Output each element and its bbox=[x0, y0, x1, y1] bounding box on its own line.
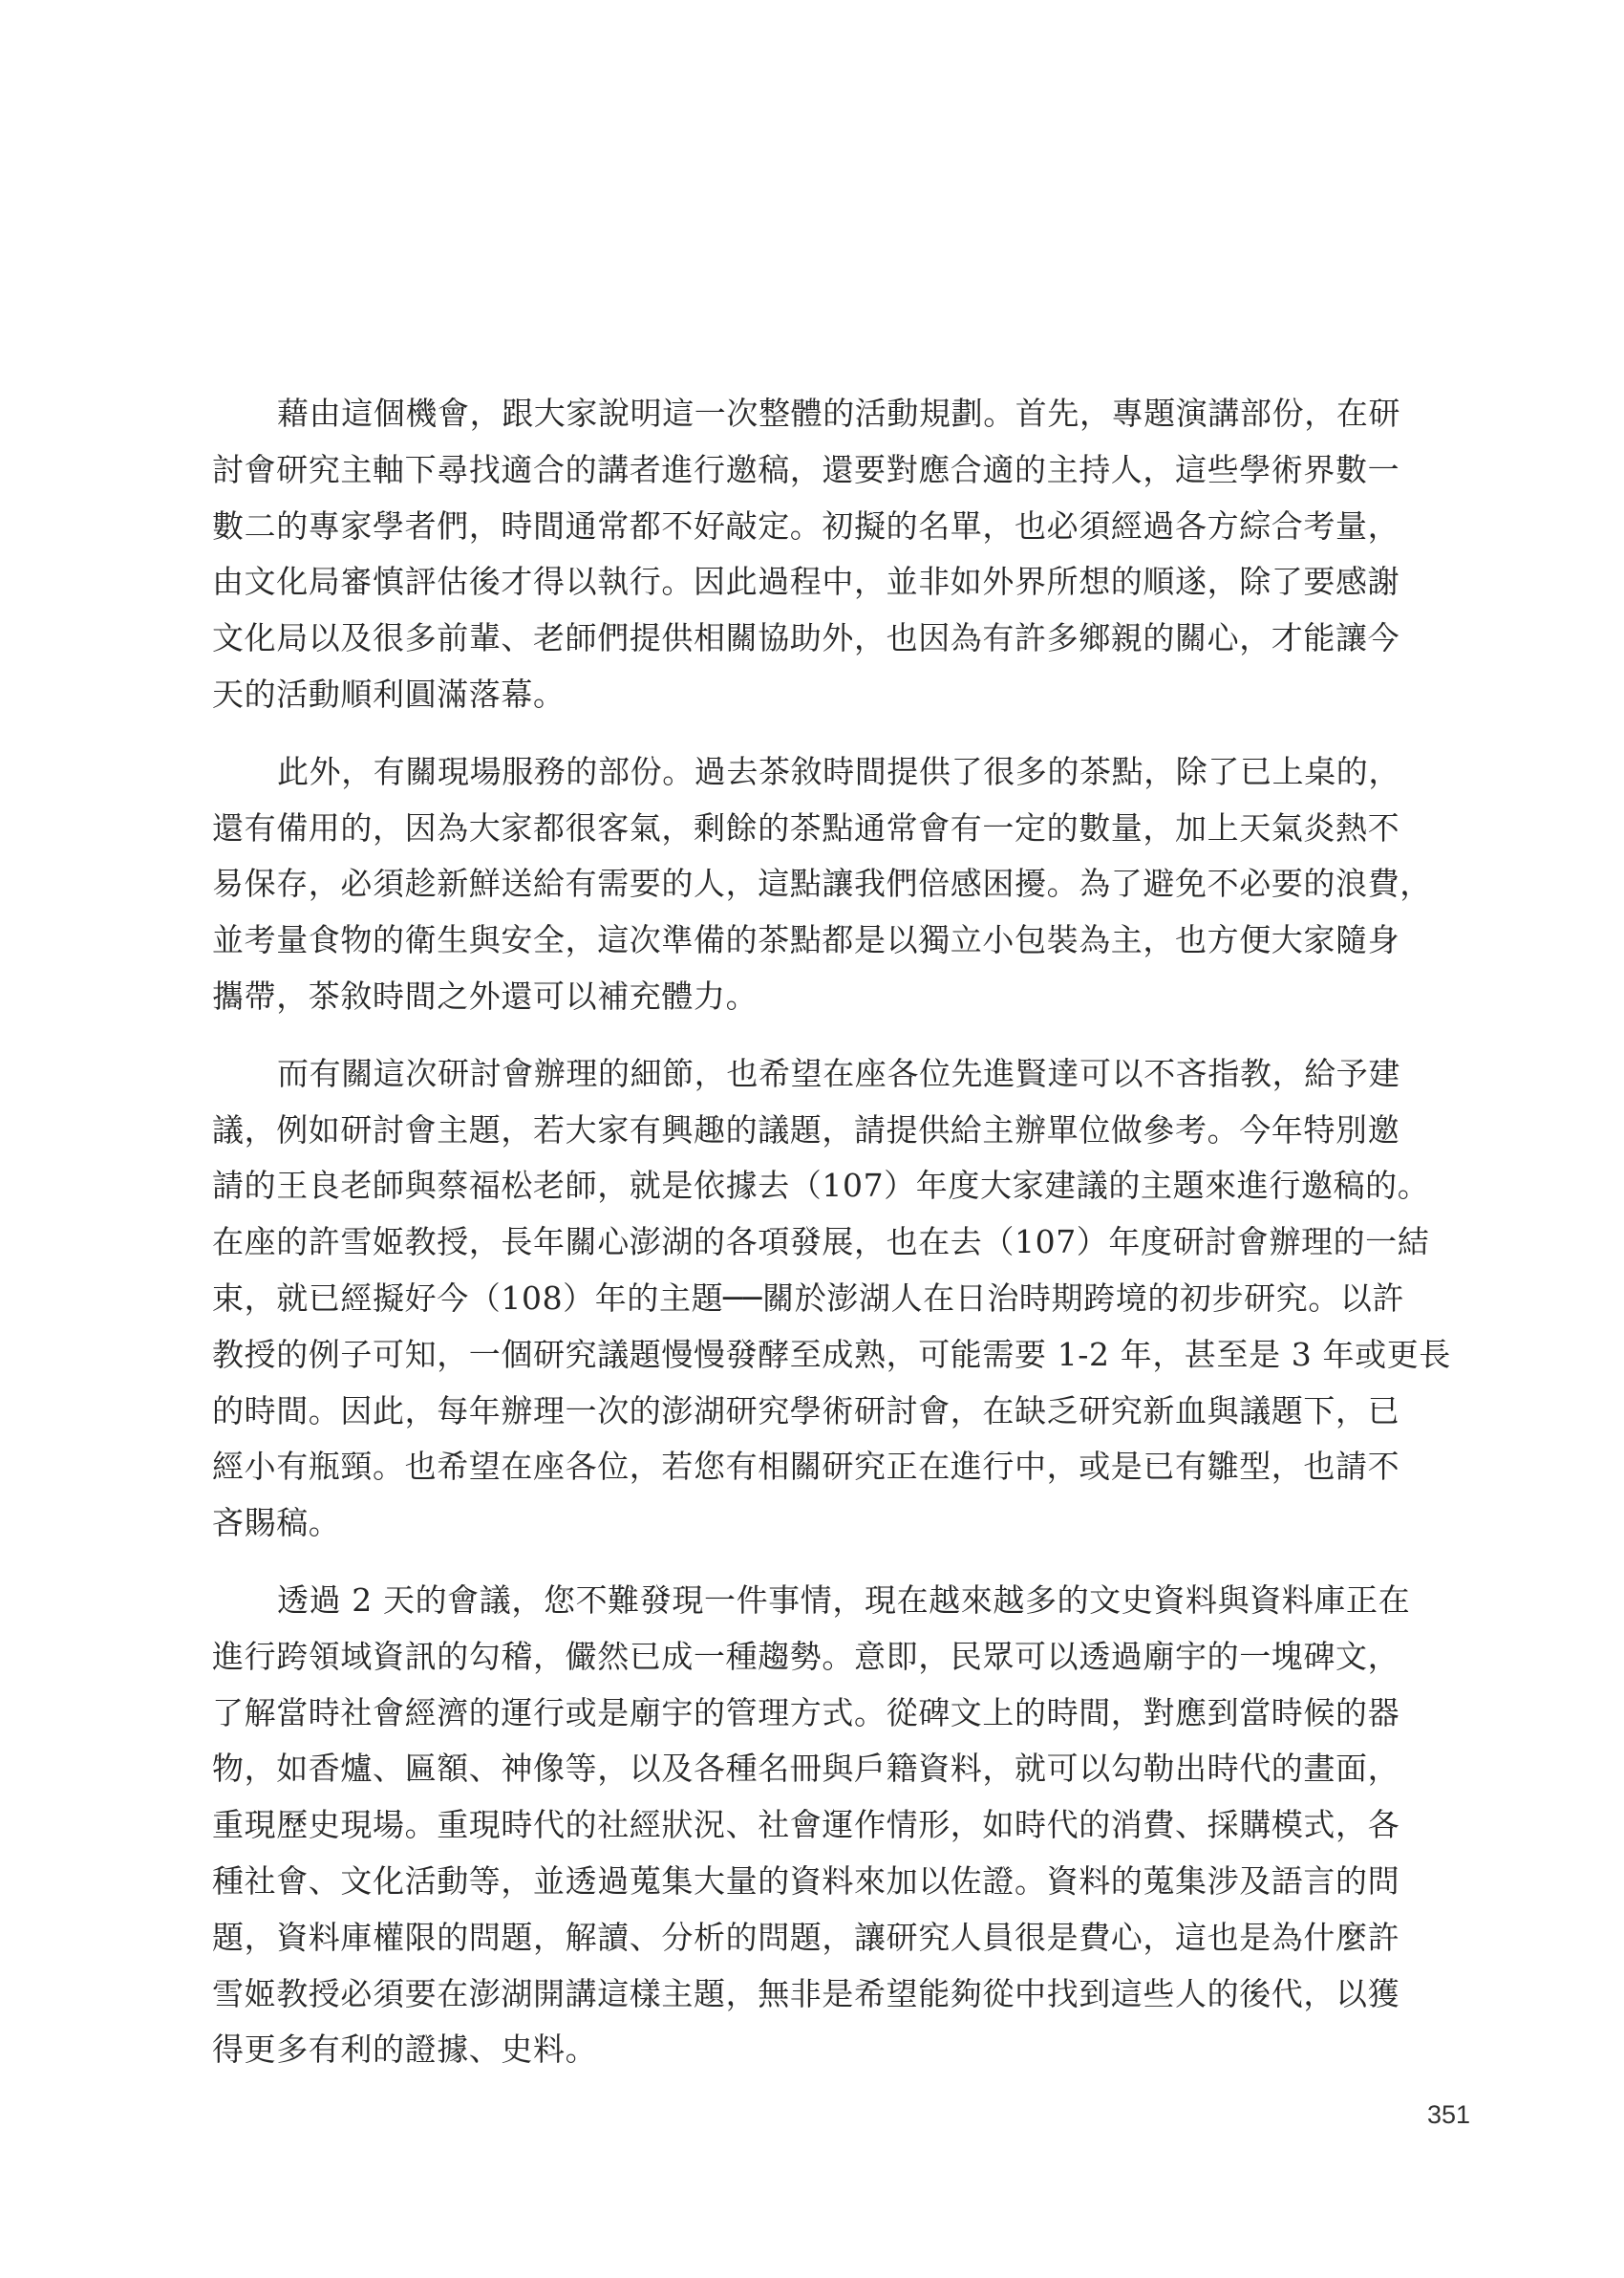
text-line: 議，例如研討會主題，若大家有興趣的議題，請提供給主辦單位做參考。今年特別邀 bbox=[212, 1103, 1418, 1159]
text-line: 藉由這個機會，跟大家說明這一次整體的活動規劃。首先，專題演講部份，在研 bbox=[212, 386, 1418, 442]
text-line: 物，如香爐、匾額、神像等，以及各種名冊與戶籍資料，就可以勾勒出時代的畫面， bbox=[212, 1741, 1418, 1797]
text-line: 討會研究主軸下尋找適合的講者進行邀稿，還要對應合適的主持人，這些學術界數一 bbox=[212, 442, 1418, 499]
paragraph-3: 而有關這次研討會辦理的細節，也希望在座各位先進賢達可以不吝指教，給予建 議，例如… bbox=[212, 1046, 1418, 1552]
body-text: 藉由這個機會，跟大家說明這一次整體的活動規劃。首先，專題演講部份，在研 討會研究… bbox=[212, 386, 1418, 2099]
text-line: 此外，有關現場服務的部份。過去茶敘時間提供了很多的茶點，除了已上桌的， bbox=[212, 744, 1418, 801]
text-line: 請的王良老師與蔡福松老師，就是依據去（107）年度大家建議的主題來進行邀稿的。 bbox=[212, 1158, 1418, 1214]
text-line: 文化局以及很多前輩、老師們提供相關協助外，也因為有許多鄉親的關心，才能讓今 bbox=[212, 611, 1418, 667]
text-line: 束，就已經擬好今（108）年的主題──關於澎湖人在日治時期跨境的初步研究。以許 bbox=[212, 1271, 1418, 1327]
text-line: 並考量食物的衛生與安全，這次準備的茶點都是以獨立小包裝為主，也方便大家隨身 bbox=[212, 913, 1418, 969]
document-page: 藉由這個機會，跟大家說明這一次整體的活動規劃。首先，專題演講部份，在研 討會研究… bbox=[0, 0, 1624, 2278]
text-line: 了解當時社會經濟的運行或是廟宇的管理方式。從碑文上的時間，對應到當時候的器 bbox=[212, 1686, 1418, 1742]
page-number: 351 bbox=[1427, 2100, 1470, 2130]
text-line: 還有備用的，因為大家都很客氣，剩餘的茶點通常會有一定的數量，加上天氣炎熱不 bbox=[212, 801, 1418, 857]
text-line: 透過 2 天的會議，您不難發現一件事情，現在越來越多的文史資料與資料庫正在 bbox=[212, 1573, 1418, 1629]
paragraph-2: 此外，有關現場服務的部份。過去茶敘時間提供了很多的茶點，除了已上桌的， 還有備用… bbox=[212, 744, 1418, 1025]
text-line: 的時間。因此，每年辦理一次的澎湖研究學術研討會，在缺乏研究新血與議題下，已 bbox=[212, 1384, 1418, 1440]
text-line: 由文化局審慎評估後才得以執行。因此過程中，並非如外界所想的順遂，除了要感謝 bbox=[212, 554, 1418, 611]
paragraph-1: 藉由這個機會，跟大家說明這一次整體的活動規劃。首先，專題演講部份，在研 討會研究… bbox=[212, 386, 1418, 723]
text-line: 題，資料庫權限的問題，解讀、分析的問題，讓研究人員很是費心，這也是為什麼許 bbox=[212, 1910, 1418, 1966]
text-line: 經小有瓶頸。也希望在座各位，若您有相關研究正在進行中，或是已有雛型，也請不 bbox=[212, 1439, 1418, 1495]
paragraph-4: 透過 2 天的會議，您不難發現一件事情，現在越來越多的文史資料與資料庫正在 進行… bbox=[212, 1573, 1418, 2078]
text-line: 重現歷史現場。重現時代的社經狀況、社會運作情形，如時代的消費、採購模式，各 bbox=[212, 1797, 1418, 1854]
text-line: 易保存，必須趁新鮮送給有需要的人，這點讓我們倍感困擾。為了避免不必要的浪費， bbox=[212, 856, 1418, 913]
text-line: 教授的例子可知，一個研究議題慢慢發酵至成熟，可能需要 1-2 年，甚至是 3 年… bbox=[212, 1327, 1418, 1384]
text-line: 種社會、文化活動等，並透過蒐集大量的資料來加以佐證。資料的蒐集涉及語言的問 bbox=[212, 1854, 1418, 1910]
text-line: 而有關這次研討會辦理的細節，也希望在座各位先進賢達可以不吝指教，給予建 bbox=[212, 1046, 1418, 1103]
text-line: 吝賜稿。 bbox=[212, 1495, 1418, 1552]
text-line: 進行跨領域資訊的勾稽，儼然已成一種趨勢。意即，民眾可以透過廟宇的一塊碑文， bbox=[212, 1629, 1418, 1686]
text-line: 數二的專家學者們，時間通常都不好敲定。初擬的名單，也必須經過各方綜合考量， bbox=[212, 499, 1418, 555]
text-line: 得更多有利的證據、史料。 bbox=[212, 2022, 1418, 2078]
text-line: 天的活動順利圓滿落幕。 bbox=[212, 667, 1418, 723]
text-line: 攜帶，茶敘時間之外還可以補充體力。 bbox=[212, 969, 1418, 1025]
text-line: 在座的許雪姬教授，長年關心澎湖的各項發展，也在去（107）年度研討會辦理的一結 bbox=[212, 1214, 1418, 1271]
text-line: 雪姬教授必須要在澎湖開講這樣主題，無非是希望能夠從中找到這些人的後代，以獲 bbox=[212, 1966, 1418, 2023]
